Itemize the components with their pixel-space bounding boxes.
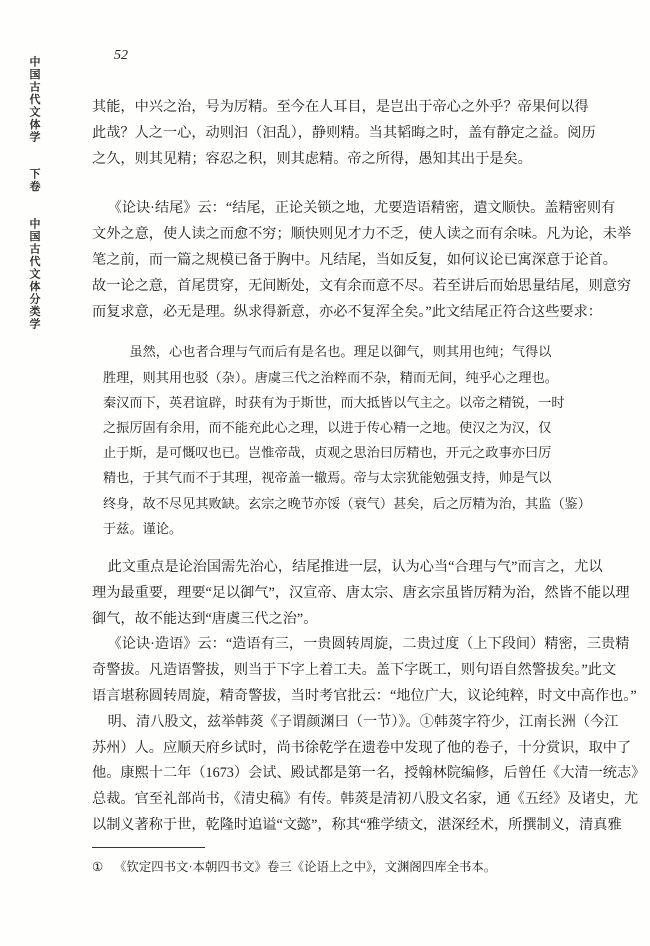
- paragraph-continuation: 其能，中兴之治，号为厉精。至今在人耳目，是岂出于帝心之外乎？帝果何以得此哉？人之…: [92, 95, 566, 172]
- text-line: 总裁。官至礼部尚书，《清史稿》有传。韩菼是清初八股文名家，通《五经》及诸史，尤: [92, 787, 566, 813]
- text-line: 奇警拔。凡造语警拔，则当于下字上着工夫。盖下字既工，则句语自然警拔矣。”此文: [92, 658, 566, 684]
- text-line: 语言堪称圆转周旋，精奇警拔，当时考官批云：“地位广大，议论纯粹，时文中高作也。”: [92, 684, 566, 710]
- text-line: 文外之意，使人读之而愈不穷；顺快则见才力不乏，使人读之而有余味。凡为论，未举: [92, 222, 566, 248]
- paragraph-commentary: 此文重点是论治国需先治心，结尾推进一层，认为心当“合理与气”而言之，尤以理为最重…: [92, 555, 566, 632]
- spine-volume: 下卷: [26, 168, 42, 193]
- text-line: 故一论之意，首尾贯穿，无间断处，文有余而意不尽。若至讲后而始思量结尾，则意穷: [92, 274, 566, 300]
- text-line: 明、清八股文，兹举韩菼《子谓颜渊曰（一节）》。①韩菼字符少，江南长洲（今江: [92, 710, 566, 736]
- text-line: 胜理，则其用也驳（杂）。唐虞三代之治粹而不杂，精而无间，纯乎心之理也。: [103, 365, 565, 390]
- footnote-text: 《钦定四书文·本朝四书文》卷三《论语上之中》，文渊阁四库全书本。: [114, 857, 496, 877]
- paragraph-lunjue-jiewei: 《论诀·结尾》云：“结尾，正论关锁之地，尤要造语精密，遣文顺快。盖精密则有文外之…: [92, 196, 566, 325]
- text-line: 此哉？人之一心，动则汩（汩乱），静则精。当其韬晦之时，盖有静定之益。阅历: [92, 121, 566, 147]
- text-line: 之振厉固有余用，而不能充此心之理，以进于传心精一之地。使汉之为汉，仅: [103, 415, 565, 440]
- text-line: 此文重点是论治国需先治心，结尾推进一层，认为心当“合理与气”而言之，尤以: [92, 555, 566, 581]
- text-line: 终身，故不尽见其败缺。玄宗之晚节亦馁（衰气）甚矣，后之厉精为治，其监（鉴）: [103, 491, 565, 516]
- text-line: 秦汉而下，英君谊辟，时获有为于斯世，而大抵皆以气主之。以帝之精锐，一时: [103, 390, 565, 415]
- text-line: 理为最重要，理要“足以御气”，汉宣帝、唐太宗、唐玄宗虽皆厉精为治，然皆不能以理: [92, 581, 566, 607]
- text-line: 精也，于其气而不于其理，视帝盖一辙焉。帝与太宗犹能勉强支持，帅是气以: [103, 465, 565, 490]
- spine-title-top: 中国古代文体学: [26, 56, 42, 144]
- text-line: 苏州）人。应顺天府乡试时，尚书徐乾学在遗卷中发现了他的卷子，十分赏识，取中了: [92, 736, 566, 762]
- footnote-marker: ①: [92, 857, 103, 877]
- text-line: 笔之前，而一篇之规模已备于胸中。凡结尾，当如反复，如何议论已寓深意于论首。: [92, 248, 566, 274]
- paragraph-hantan-intro: 明、清八股文，兹举韩菼《子谓颜渊曰（一节）》。①韩菼字符少，江南长洲（今江苏州）…: [92, 710, 566, 839]
- text-line: 他。康熙十二年（1673）会试、殿试都是第一名，授翰林院编修，后曾任《大清一统志…: [92, 761, 566, 787]
- text-line: 以制义著称于世，乾隆时追谥“文懿”，称其“雅学绩文，湛深经术，所撰制义，清真雅: [92, 813, 566, 839]
- text-line: 之久，则其见精；容忍之积，则其虑精。帝之所得，愚知其出于是矣。: [92, 147, 566, 173]
- paragraph-lunjue-zaoyu: 《论诀·造语》云：“造语有三，一贵圆转周旋，二贵过度（上下段间）精密，三贵精奇警…: [92, 632, 566, 709]
- text-line: 其能，中兴之治，号为厉精。至今在人耳目，是岂出于帝心之外乎？帝果何以得: [92, 95, 566, 121]
- page-number: 52: [114, 48, 128, 64]
- book-page: 中国古代文体学 下卷 中国古代文体分类学 52 其能，中兴之治，号为厉精。至今在…: [0, 0, 650, 946]
- text-line: 于兹。谨论。: [103, 516, 565, 541]
- text-line: 止于斯，是可慨叹也已。岂惟帝哉，贞观之思治曰厉精也，开元之政事亦曰厉: [103, 440, 565, 465]
- text-line: 《论诀·结尾》云：“结尾，正论关锁之地，尤要造语精密，遣文顺快。盖精密则有: [92, 196, 566, 222]
- text-line: 《论诀·造语》云：“造语有三，一贵圆转周旋，二贵过度（上下段间）精密，三贵精: [92, 632, 566, 658]
- spine-title: 中国古代文体学 下卷 中国古代文体分类学: [26, 56, 42, 330]
- footnote-area: ① 《钦定四书文·本朝四书文》卷三《论语上之中》，文渊阁四库全书本。: [92, 847, 566, 877]
- footnote-divider: [92, 847, 205, 848]
- footnote: ① 《钦定四书文·本朝四书文》卷三《论语上之中》，文渊阁四库全书本。: [92, 857, 566, 877]
- spine-title-bottom: 中国古代文体分类学: [26, 218, 42, 331]
- block-quote: 虽然，心也者合理与气而后有是名也。理足以御气，则其用也纯；气得以胜理，则其用也驳…: [103, 339, 565, 541]
- text-line: 御气，故不能达到“唐虞三代之治”。: [92, 607, 566, 633]
- text-line: 虽然，心也者合理与气而后有是名也。理足以御气，则其用也纯；气得以: [103, 339, 565, 364]
- main-text-column: 其能，中兴之治，号为厉精。至今在人耳目，是岂出于帝心之外乎？帝果何以得此哉？人之…: [92, 95, 566, 839]
- text-line: 而复求意，必无是理。纵求得新意，亦必不复浑全矣。”此文结尾正符合这些要求：: [92, 300, 566, 326]
